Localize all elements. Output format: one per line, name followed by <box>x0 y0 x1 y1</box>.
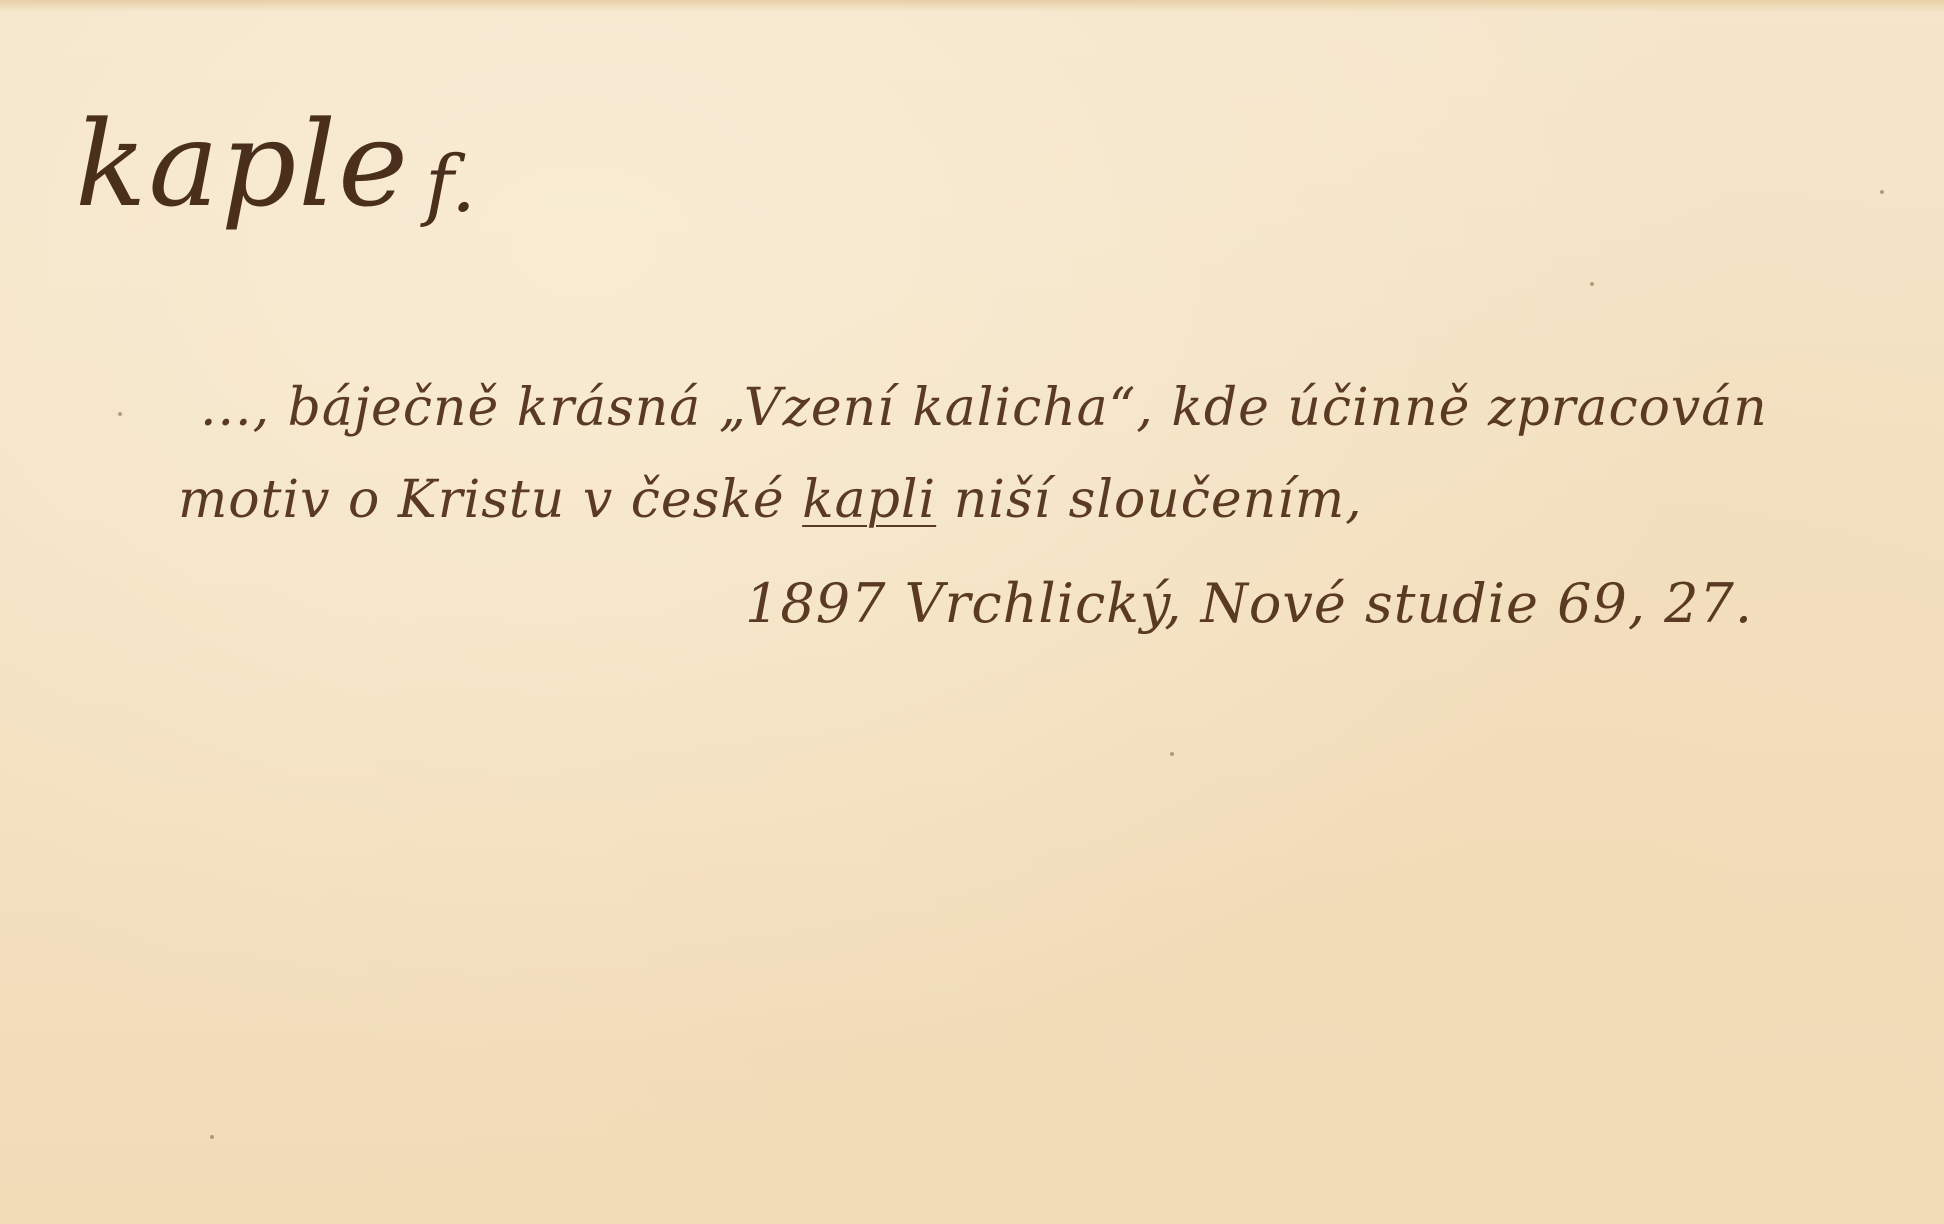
headword: kaple <box>75 95 410 233</box>
source-citation: 1897 Vrchlický, Nové studie 69, 27. <box>745 572 1753 635</box>
paper-speck <box>1880 190 1884 194</box>
paper-speck <box>1170 752 1174 756</box>
highlighted-headword-occurrence: kapli <box>802 470 936 530</box>
paper-speck <box>210 1135 214 1139</box>
index-card: kaple f. ..., báječně krásná „Vzení kali… <box>0 0 1944 1224</box>
paper-speck <box>118 412 122 416</box>
quote-line-2-before: motiv o Kristu v české <box>178 470 802 530</box>
quote-line-2: motiv o Kristu v české kapli niší slouče… <box>178 470 1363 530</box>
grammatical-gender: f. <box>425 140 476 230</box>
card-top-edge <box>0 0 1944 12</box>
quote-line-2-after: niší sloučením, <box>936 470 1362 530</box>
paper-speck <box>1590 282 1594 286</box>
quote-line-1: ..., báječně krásná „Vzení kalicha“, kde… <box>200 378 1768 438</box>
